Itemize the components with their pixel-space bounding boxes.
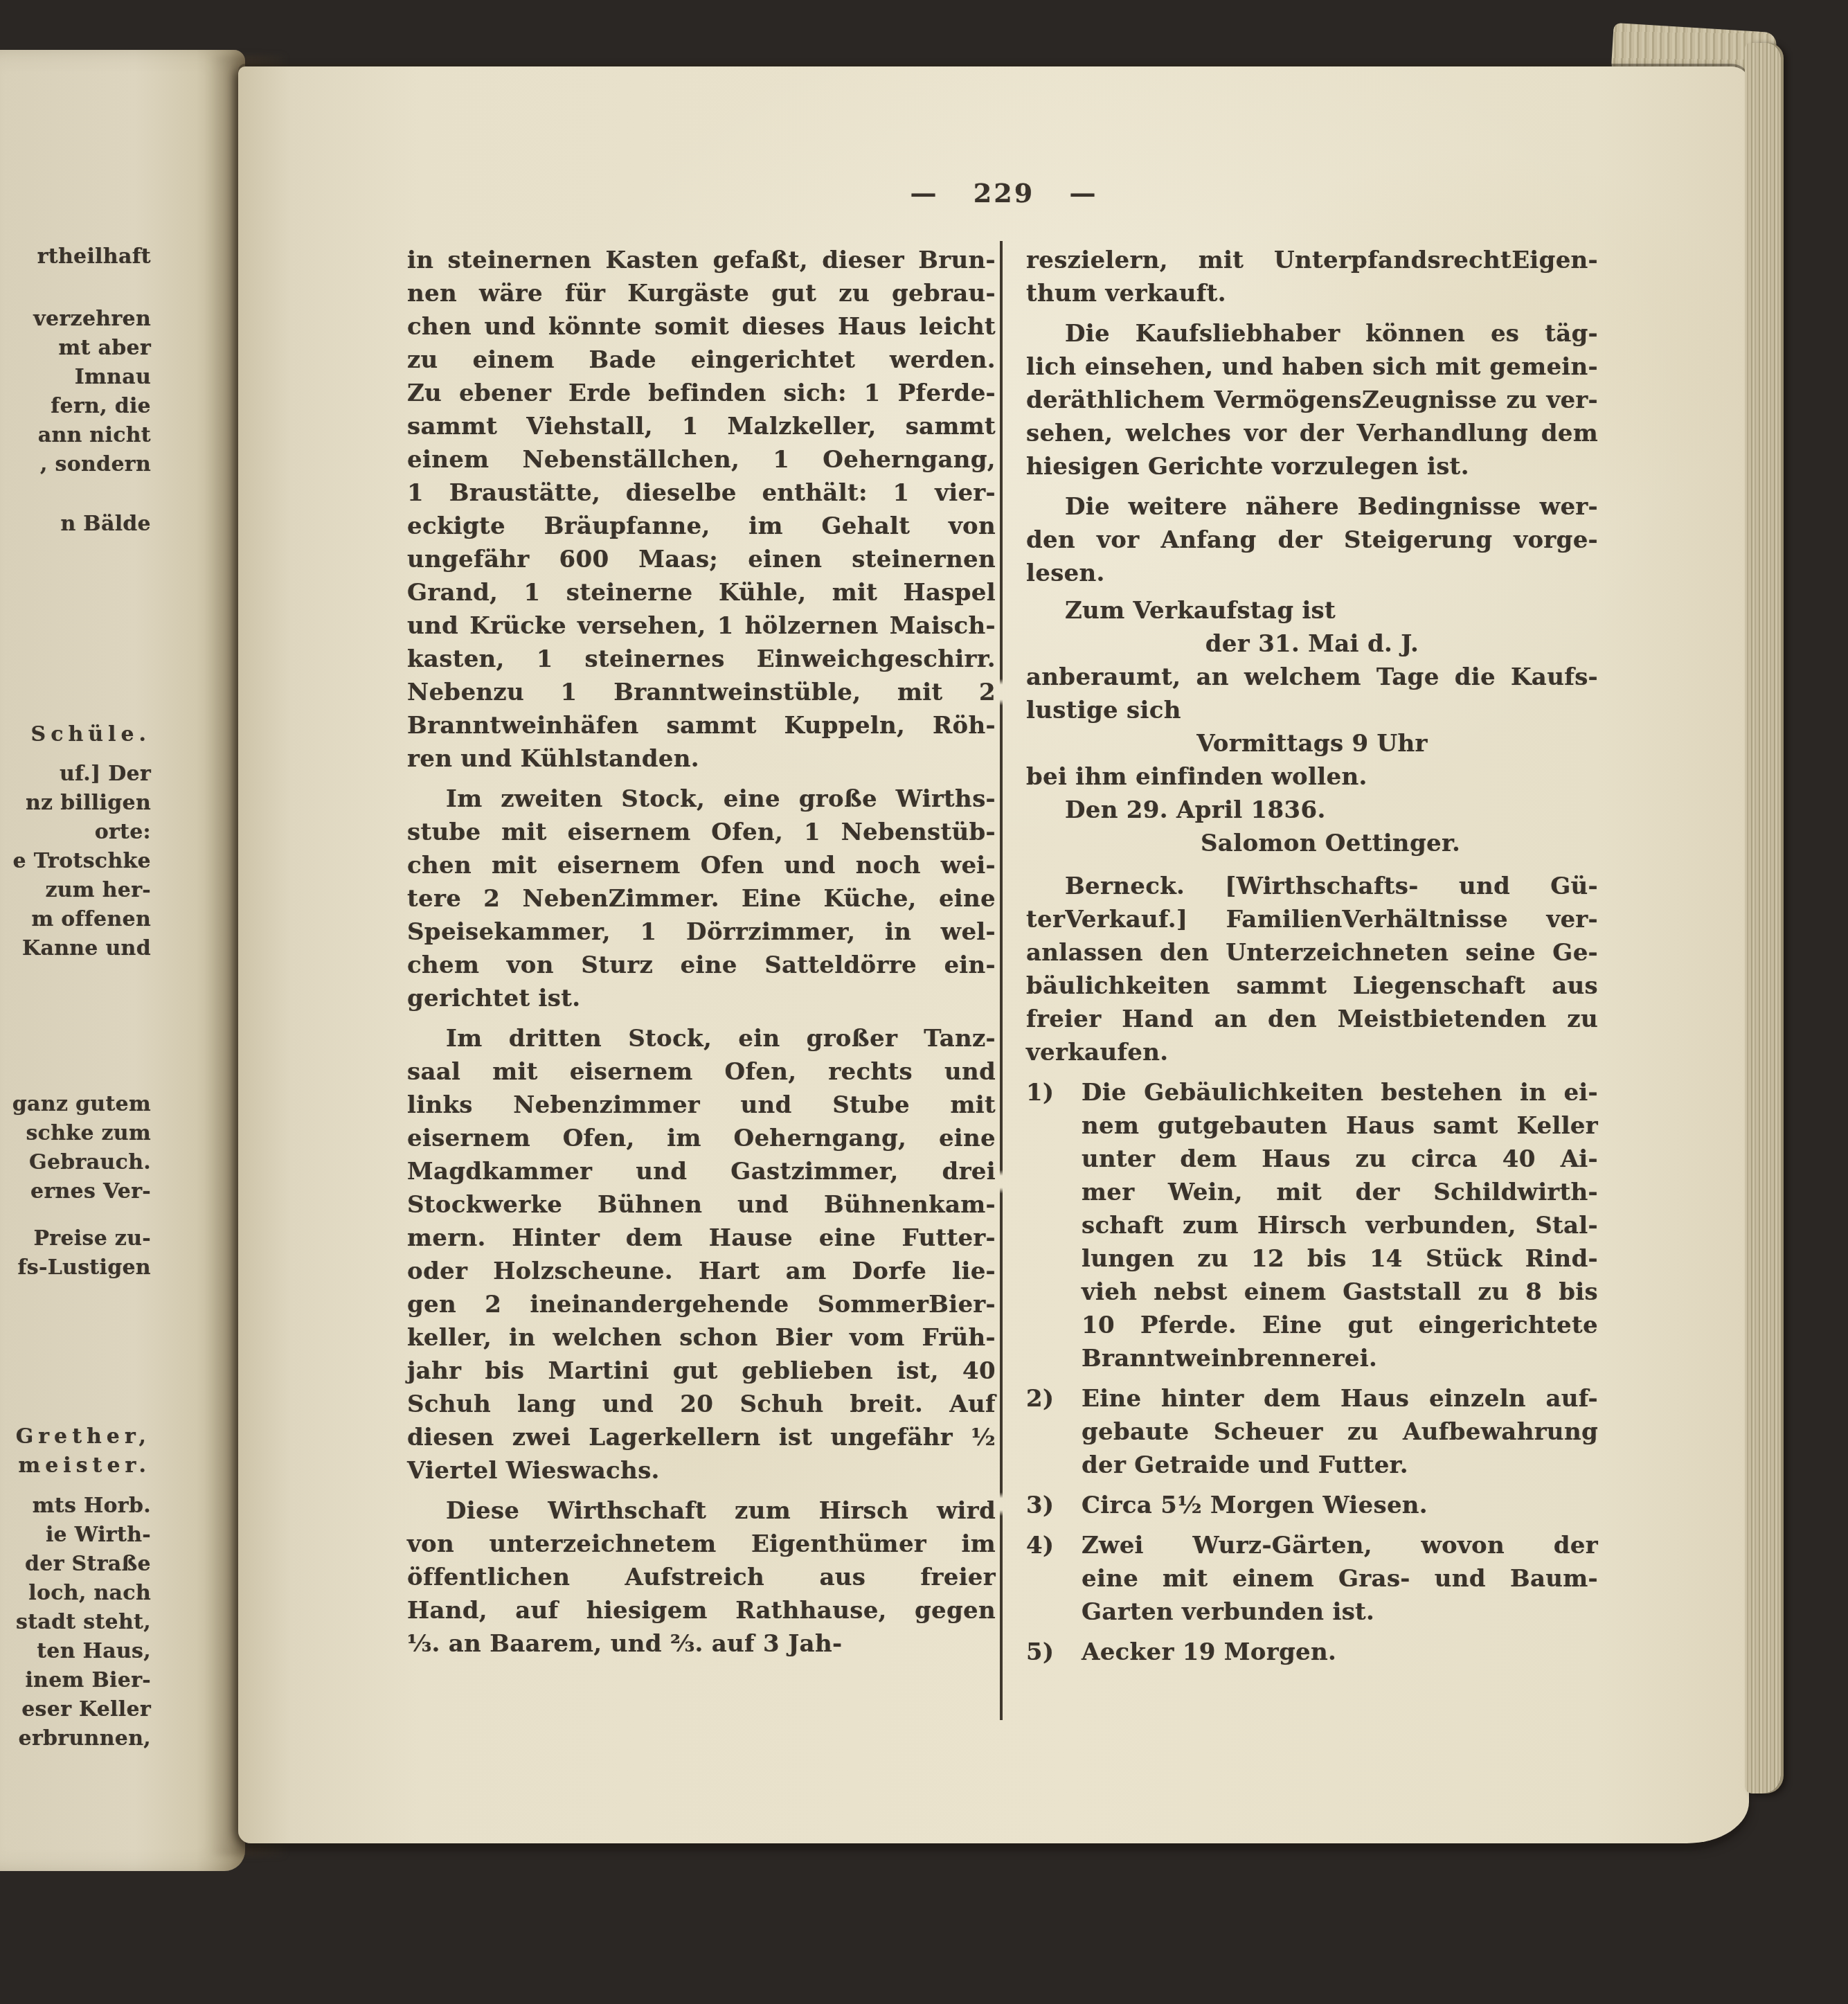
right-column: reszielern, mit UnterpfandsrechtEigen-th… bbox=[1026, 244, 1598, 1669]
text-line: Zu ebener Erde befinden sich: 1 Pferde- bbox=[407, 377, 996, 410]
text-line: Branntweinhäfen sammt Kuppeln, Röh- bbox=[407, 709, 996, 742]
list-item-number: 5) bbox=[1026, 1636, 1082, 1669]
text-line: ren und Kühlstanden. bbox=[407, 742, 996, 776]
text-line: in steinernen Kasten gefaßt, dieser Brun… bbox=[407, 244, 996, 277]
page-number: — 229 — bbox=[623, 177, 1385, 208]
text-line: sehen, welches vor der Verhandlung dem bbox=[1026, 417, 1598, 450]
text-line: vieh nebst einem Gaststall zu 8 bis bbox=[1082, 1276, 1598, 1309]
list-item-text: Eine hinter dem Haus einzeln auf-gebaute… bbox=[1082, 1382, 1598, 1482]
text-line: Preise zu- bbox=[0, 1224, 151, 1253]
text-line: Magdkammer und Gastzimmer, drei bbox=[407, 1155, 996, 1188]
text-line: keller, in welchen schon Bier vom Früh- bbox=[407, 1321, 996, 1354]
text-line: ten Haus, bbox=[0, 1637, 151, 1666]
text-line: Im zweiten Stock, eine große Wirths- bbox=[407, 782, 996, 816]
text-line: ungefähr 600 Maas; einen steinernen bbox=[407, 543, 996, 576]
text-line: freier Hand an den Meistbietenden zu bbox=[1026, 1003, 1598, 1036]
text-line: rtheilhaft bbox=[0, 242, 151, 271]
text-line: schaft zum Hirsch verbunden, Stal- bbox=[1082, 1209, 1598, 1242]
text-line: Diese Wirthschaft zum Hirsch wird bbox=[407, 1494, 996, 1528]
list-item-text: Die Gebäulichkeiten bestehen in ei-nem g… bbox=[1082, 1076, 1598, 1375]
paragraph: in steinernen Kasten gefaßt, dieser Brun… bbox=[407, 244, 996, 776]
list-item-text: Circa 5½ Morgen Wiesen. bbox=[1082, 1489, 1598, 1522]
text-line: zu einem Bade eingerichtet werden. bbox=[407, 343, 996, 377]
prev-page-text-fragment: rtheilhaft bbox=[0, 242, 151, 271]
text-line: ie Wirth- bbox=[0, 1521, 151, 1550]
list-item: 4) Zwei Wurz-Gärten, wovon dereine mit e… bbox=[1026, 1529, 1598, 1629]
text-line: n Bälde bbox=[0, 510, 151, 539]
text-line: m offenen bbox=[0, 905, 151, 934]
text-line: stube mit eisernem Ofen, 1 Nebenstüb- bbox=[407, 816, 996, 849]
text-line: Branntweinbrennerei. bbox=[1082, 1342, 1598, 1375]
text-line: mt aber bbox=[0, 334, 151, 363]
text-line: hiesigen Gerichte vorzulegen ist. bbox=[1026, 450, 1598, 483]
text-line: Die Kaufsliebhaber können es täg- bbox=[1026, 317, 1598, 350]
list-item-number: 1) bbox=[1026, 1076, 1082, 1109]
text-line: Aecker 19 Morgen. bbox=[1082, 1636, 1598, 1669]
prev-page-text-fragment: Preise zu-fs-Lustigen bbox=[0, 1224, 151, 1282]
text-line: Schuh lang und 20 Schuh breit. Auf bbox=[407, 1388, 996, 1421]
sale-time: Vormittags 9 Uhr bbox=[1026, 727, 1598, 760]
text-line: tere 2 NebenZimmer. Eine Küche, eine bbox=[407, 882, 996, 915]
text-line: Die Gebäulichkeiten bestehen in ei- bbox=[1082, 1076, 1598, 1109]
text-line: links Nebenzimmer und Stube mit bbox=[407, 1089, 996, 1122]
paragraph: reszielern, mit UnterpfandsrechtEigen-th… bbox=[1026, 244, 1598, 310]
text-line: diesen zwei Lagerkellern ist ungefähr ½ bbox=[407, 1421, 996, 1454]
text-line: nz billigen bbox=[0, 789, 151, 818]
list-item-number: 3) bbox=[1026, 1489, 1082, 1522]
text-line: Grether, bbox=[0, 1422, 151, 1451]
prev-page-text-fragment: verzehrenmt aberImnaufern, dieann nicht,… bbox=[0, 305, 151, 479]
text-line: anberaumt, an welchem Tage die Kaufs- bbox=[1026, 661, 1598, 694]
text-line: mts Horb. bbox=[0, 1492, 151, 1521]
text-line: 1 Braustätte, dieselbe enthält: 1 vier- bbox=[407, 476, 996, 510]
text-line: loch, nach bbox=[0, 1579, 151, 1608]
text-line: Speisekammer, 1 Dörrzimmer, in wel- bbox=[407, 915, 996, 949]
text-line: Kanne und bbox=[0, 934, 151, 963]
text-line: ganz gutem bbox=[0, 1090, 151, 1119]
text-line: mer Wein, mit der Schildwirth- bbox=[1082, 1176, 1598, 1209]
text-line: Zwei Wurz-Gärten, wovon der bbox=[1082, 1529, 1598, 1562]
text-line: jahr bis Martini gut geblieben ist, 40 bbox=[407, 1354, 996, 1388]
text-line: ⅓. an Baarem, und ⅔. auf 3 Jah- bbox=[407, 1627, 996, 1661]
prev-page-text-fragment: Grether,meister. bbox=[0, 1422, 151, 1480]
page-edge-stack bbox=[1745, 43, 1781, 1793]
prev-page-text-fragment: uf.] Dernz billigenorte:e Trotschkezum h… bbox=[0, 760, 151, 963]
list-item-text: Aecker 19 Morgen. bbox=[1082, 1636, 1598, 1669]
text-line: Die weitere nähere Bedingnisse wer- bbox=[1026, 490, 1598, 524]
paragraph: anberaumt, an welchem Tage die Kaufs-lus… bbox=[1026, 661, 1598, 727]
text-line: fs-Lustigen bbox=[0, 1253, 151, 1282]
prev-page-text-fragment: Schüle. bbox=[0, 720, 151, 749]
left-column: in steinernen Kasten gefaßt, dieser Brun… bbox=[407, 244, 996, 1661]
list-item: 3) Circa 5½ Morgen Wiesen. bbox=[1026, 1489, 1598, 1522]
paragraph: Im dritten Stock, ein großer Tanz-saal m… bbox=[407, 1022, 996, 1487]
text-line: Nebenzu 1 Branntweinstüble, mit 2 bbox=[407, 676, 996, 709]
text-line: lungen zu 12 bis 14 Stück Rind- bbox=[1082, 1242, 1598, 1276]
text-line: deräthlichem VermögensZeugnisse zu ver- bbox=[1026, 384, 1598, 417]
text-line: eckigte Bräupfanne, im Gehalt von bbox=[407, 510, 996, 543]
text-line: eisernem Ofen, im Oeherngang, eine bbox=[407, 1122, 996, 1155]
book-photo: rtheilhaft verzehrenmt aberImnaufern, di… bbox=[0, 0, 1848, 2004]
text-line: Stockwerke Bühnen und Bühnenkam- bbox=[407, 1188, 996, 1222]
text-line: terVerkauf.] FamilienVerhältnisse ver- bbox=[1026, 903, 1598, 936]
text-line: Gebrauch. bbox=[0, 1148, 151, 1177]
text-line: zum her- bbox=[0, 876, 151, 905]
text-line: einem Nebenställchen, 1 Oeherngang, bbox=[407, 443, 996, 476]
paragraph: Die weitere nähere Bedingnisse wer-den v… bbox=[1026, 490, 1598, 590]
list-item: 1) Die Gebäulichkeiten bestehen in ei-ne… bbox=[1026, 1076, 1598, 1375]
paragraph: Die Kaufsliebhaber können es täg-lich ei… bbox=[1026, 317, 1598, 483]
text-line: gerichtet ist. bbox=[407, 982, 996, 1015]
list-item-text: Zwei Wurz-Gärten, wovon dereine mit eine… bbox=[1082, 1529, 1598, 1629]
text-line: öffentlichen Aufstreich aus freier bbox=[407, 1561, 996, 1594]
text-line: Eine hinter dem Haus einzeln auf- bbox=[1082, 1382, 1598, 1415]
text-line: 10 Pferde. Eine gut eingerichtete bbox=[1082, 1309, 1598, 1342]
text-line: Grand, 1 steinerne Kühle, mit Haspel bbox=[407, 576, 996, 609]
text-line: den vor Anfang der Steigerung vorge- bbox=[1026, 524, 1598, 557]
signature: Salomon Oettinger. bbox=[1026, 827, 1598, 860]
text-line: unter dem Haus zu circa 40 Ai- bbox=[1082, 1143, 1598, 1176]
text-line: , sondern bbox=[0, 450, 151, 479]
date-line: Den 29. April 1836. bbox=[1026, 794, 1598, 827]
list-item-number: 2) bbox=[1026, 1382, 1082, 1415]
text-line: uf.] Der bbox=[0, 760, 151, 789]
prev-page-text-fragment: n Bälde bbox=[0, 510, 151, 539]
sale-date: der 31. Mai d. J. bbox=[1026, 627, 1598, 661]
column-divider bbox=[1000, 241, 1003, 1720]
text-line: stadt steht, bbox=[0, 1608, 151, 1637]
list-item: 2) Eine hinter dem Haus einzeln auf-geba… bbox=[1026, 1382, 1598, 1482]
text-line: saal mit eisernem Ofen, rechts und bbox=[407, 1055, 996, 1089]
text-line: der Getraide und Futter. bbox=[1082, 1449, 1598, 1482]
text-line: anlassen den Unterzeichneten seine Ge- bbox=[1026, 936, 1598, 969]
text-line: Berneck. [Wirthschafts- und Gü- bbox=[1026, 870, 1598, 903]
text-line: erbrunnen, bbox=[0, 1724, 151, 1753]
paragraph: Im zweiten Stock, eine große Wirths-stub… bbox=[407, 782, 996, 1015]
text-line: eine mit einem Gras- und Baum- bbox=[1082, 1562, 1598, 1595]
text-line: orte: bbox=[0, 818, 151, 847]
text-line: verkaufen. bbox=[1026, 1036, 1598, 1069]
list-item: 5) Aecker 19 Morgen. bbox=[1026, 1636, 1598, 1669]
text-line: mern. Hinter dem Hause eine Futter- bbox=[407, 1222, 996, 1255]
text-line: der Straße bbox=[0, 1550, 151, 1579]
text-line: Im dritten Stock, ein großer Tanz- bbox=[407, 1022, 996, 1055]
list-item-number: 4) bbox=[1026, 1529, 1082, 1562]
text-line: Garten verbunden ist. bbox=[1082, 1595, 1598, 1629]
text-line: Circa 5½ Morgen Wiesen. bbox=[1082, 1489, 1598, 1522]
text-line: thum verkauft. bbox=[1026, 277, 1598, 310]
text-line: e Trotschke bbox=[0, 847, 151, 876]
text-line: lesen. bbox=[1026, 557, 1598, 590]
text-line: sammt Viehstall, 1 Malzkeller, sammt bbox=[407, 410, 996, 443]
text-line: gen 2 ineinandergehende SommerBier- bbox=[407, 1288, 996, 1321]
text-line: Schüle. bbox=[0, 720, 151, 749]
text-line: chem von Sturz eine Satteldörre ein- bbox=[407, 949, 996, 982]
text-line: chen mit eisernem Ofen und noch wei- bbox=[407, 849, 996, 882]
paragraph: Berneck. [Wirthschafts- und Gü-terVerkau… bbox=[1026, 870, 1598, 1069]
text-line: Hand, auf hiesigem Rathhause, gegen bbox=[407, 1594, 996, 1627]
text-line: meister. bbox=[0, 1451, 151, 1480]
text-line: nen wäre für Kurgäste gut zu gebrau- bbox=[407, 277, 996, 310]
text-line: von unterzeichnetem Eigenthümer im bbox=[407, 1528, 996, 1561]
text-line: lustige sich bbox=[1026, 694, 1598, 727]
text-line: oder Holzscheune. Hart am Dorfe lie- bbox=[407, 1255, 996, 1288]
text-line: Imnau bbox=[0, 363, 151, 392]
text-line: bäulichkeiten sammt Liegenschaft aus bbox=[1026, 969, 1598, 1003]
prev-page-text-fragment: mts Horb.ie Wirth-der Straßeloch, nachst… bbox=[0, 1492, 151, 1753]
text-line: eser Keller bbox=[0, 1695, 151, 1724]
attend-line: bei ihm einfinden wollen. bbox=[1026, 760, 1598, 794]
text-line: reszielern, mit UnterpfandsrechtEigen- bbox=[1026, 244, 1598, 277]
text-line: inem Bier- bbox=[0, 1666, 151, 1695]
text-line: nem gutgebauten Haus samt Keller bbox=[1082, 1109, 1598, 1143]
text-line: fern, die bbox=[0, 392, 151, 421]
sale-day-intro: Zum Verkaufstag ist bbox=[1026, 594, 1598, 627]
text-line: ann nicht bbox=[0, 421, 151, 450]
text-line: chen und könnte somit dieses Haus leicht bbox=[407, 310, 996, 343]
text-line: ernes Ver- bbox=[0, 1177, 151, 1206]
text-line: schke zum bbox=[0, 1119, 151, 1148]
text-line: Viertel Wieswachs. bbox=[407, 1454, 996, 1487]
paragraph: Diese Wirthschaft zum Hirsch wirdvon unt… bbox=[407, 1494, 996, 1661]
text-line: verzehren bbox=[0, 305, 151, 334]
text-line: und Krücke versehen, 1 hölzernen Maisch- bbox=[407, 609, 996, 643]
prev-page-text-fragment: ganz gutemschke zumGebrauch.ernes Ver- bbox=[0, 1090, 151, 1206]
text-line: lich einsehen, und haben sich mit gemein… bbox=[1026, 350, 1598, 384]
text-line: gebaute Scheuer zu Aufbewahrung bbox=[1082, 1415, 1598, 1449]
text-line: kasten, 1 steinernes Einweichgeschirr. bbox=[407, 643, 996, 676]
